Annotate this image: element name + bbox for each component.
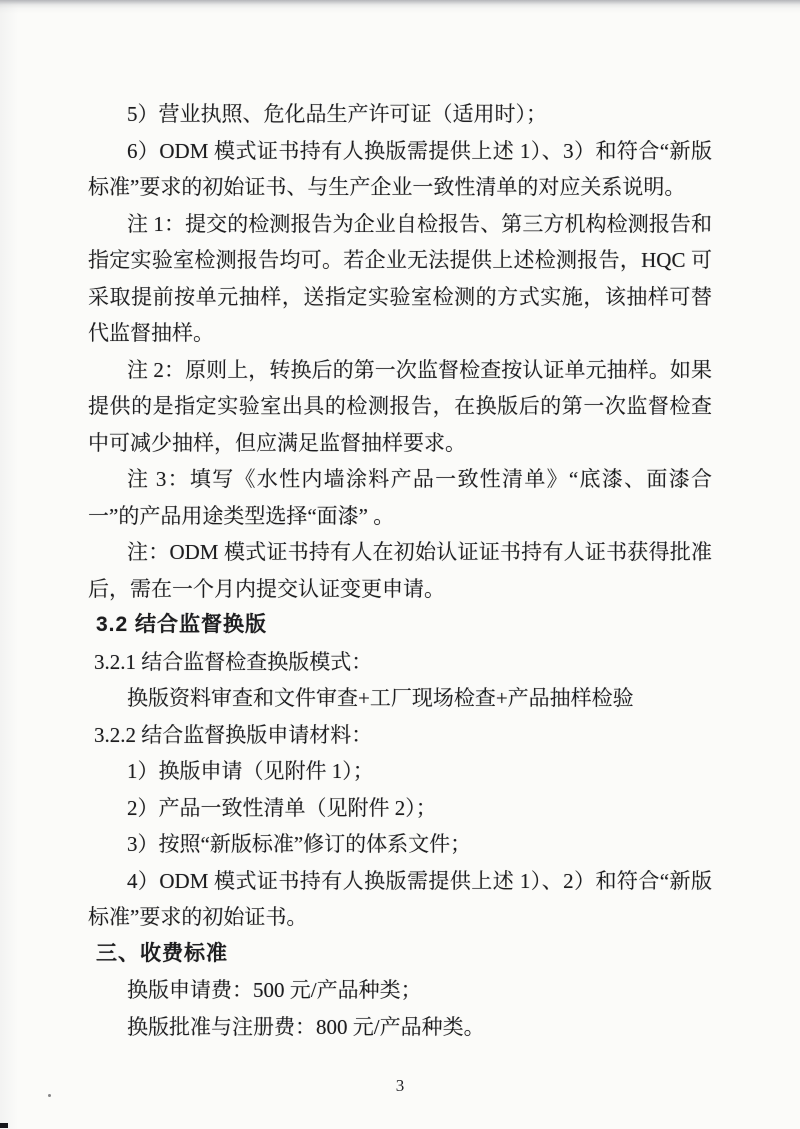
scanned-document-page: 5）营业执照、危化品生产许可证（适用时）；6）ODM 模式证书持有人换版需提供上…	[0, 0, 800, 1129]
paragraph-heading: 三、收费标准	[88, 936, 712, 973]
paragraph-list-item: 4）ODM 模式证书持有人换版需提供上述 1）、2）和符合“新版标准”要求的初始…	[88, 863, 712, 936]
scan-edge-left	[0, 0, 18, 1129]
page-number: 3	[0, 1076, 800, 1096]
paragraph-body: 换版申请费：500 元/产品种类；	[88, 972, 712, 1009]
paragraph-body: 6）ODM 模式证书持有人换版需提供上述 1）、3）和符合“新版标准”要求的初始…	[88, 133, 712, 206]
paragraph-note: 注 2：原则上，转换后的第一次监督检查按认证单元抽样。如果提供的是指定实验室出具…	[88, 352, 712, 462]
paragraph-note: 注：ODM 模式证书持有人在初始认证证书持有人证书获得批准后，需在一个月内提交认…	[88, 534, 712, 607]
paragraph-body: 换版批准与注册费：800 元/产品种类。	[88, 1009, 712, 1046]
paragraph-body: 换版资料审查和文件审查+工厂现场检查+产品抽样检验	[88, 680, 712, 717]
paragraph-subheading: 3.2.1 结合监督检查换版模式：	[88, 644, 712, 681]
scan-artifact-corner	[0, 1123, 8, 1128]
scan-edge-top	[0, 0, 800, 14]
paragraph-note: 注 1：提交的检测报告为企业自检报告、第三方机构检测报告和指定实验室检测报告均可…	[88, 206, 712, 352]
paragraph-body: 5）营业执照、危化品生产许可证（适用时）；	[88, 96, 712, 133]
paragraph-heading: 3.2 结合监督换版	[88, 607, 712, 644]
paragraph-list-item: 2）产品一致性清单（见附件 2）；	[88, 790, 712, 827]
paragraph-note: 注 3：填写《水性内墙涂料产品一致性清单》“底漆、面漆合一”的产品用途类型选择“…	[88, 461, 712, 534]
paragraph-list-item: 3）按照“新版标准”修订的体系文件；	[88, 826, 712, 863]
paragraph-subheading: 3.2.2 结合监督换版申请材料：	[88, 717, 712, 754]
document-body: 5）营业执照、危化品生产许可证（适用时）；6）ODM 模式证书持有人换版需提供上…	[88, 96, 712, 1045]
scan-artifact-dot	[48, 1094, 51, 1097]
paragraph-list-item: 1）换版申请（见附件 1）；	[88, 753, 712, 790]
